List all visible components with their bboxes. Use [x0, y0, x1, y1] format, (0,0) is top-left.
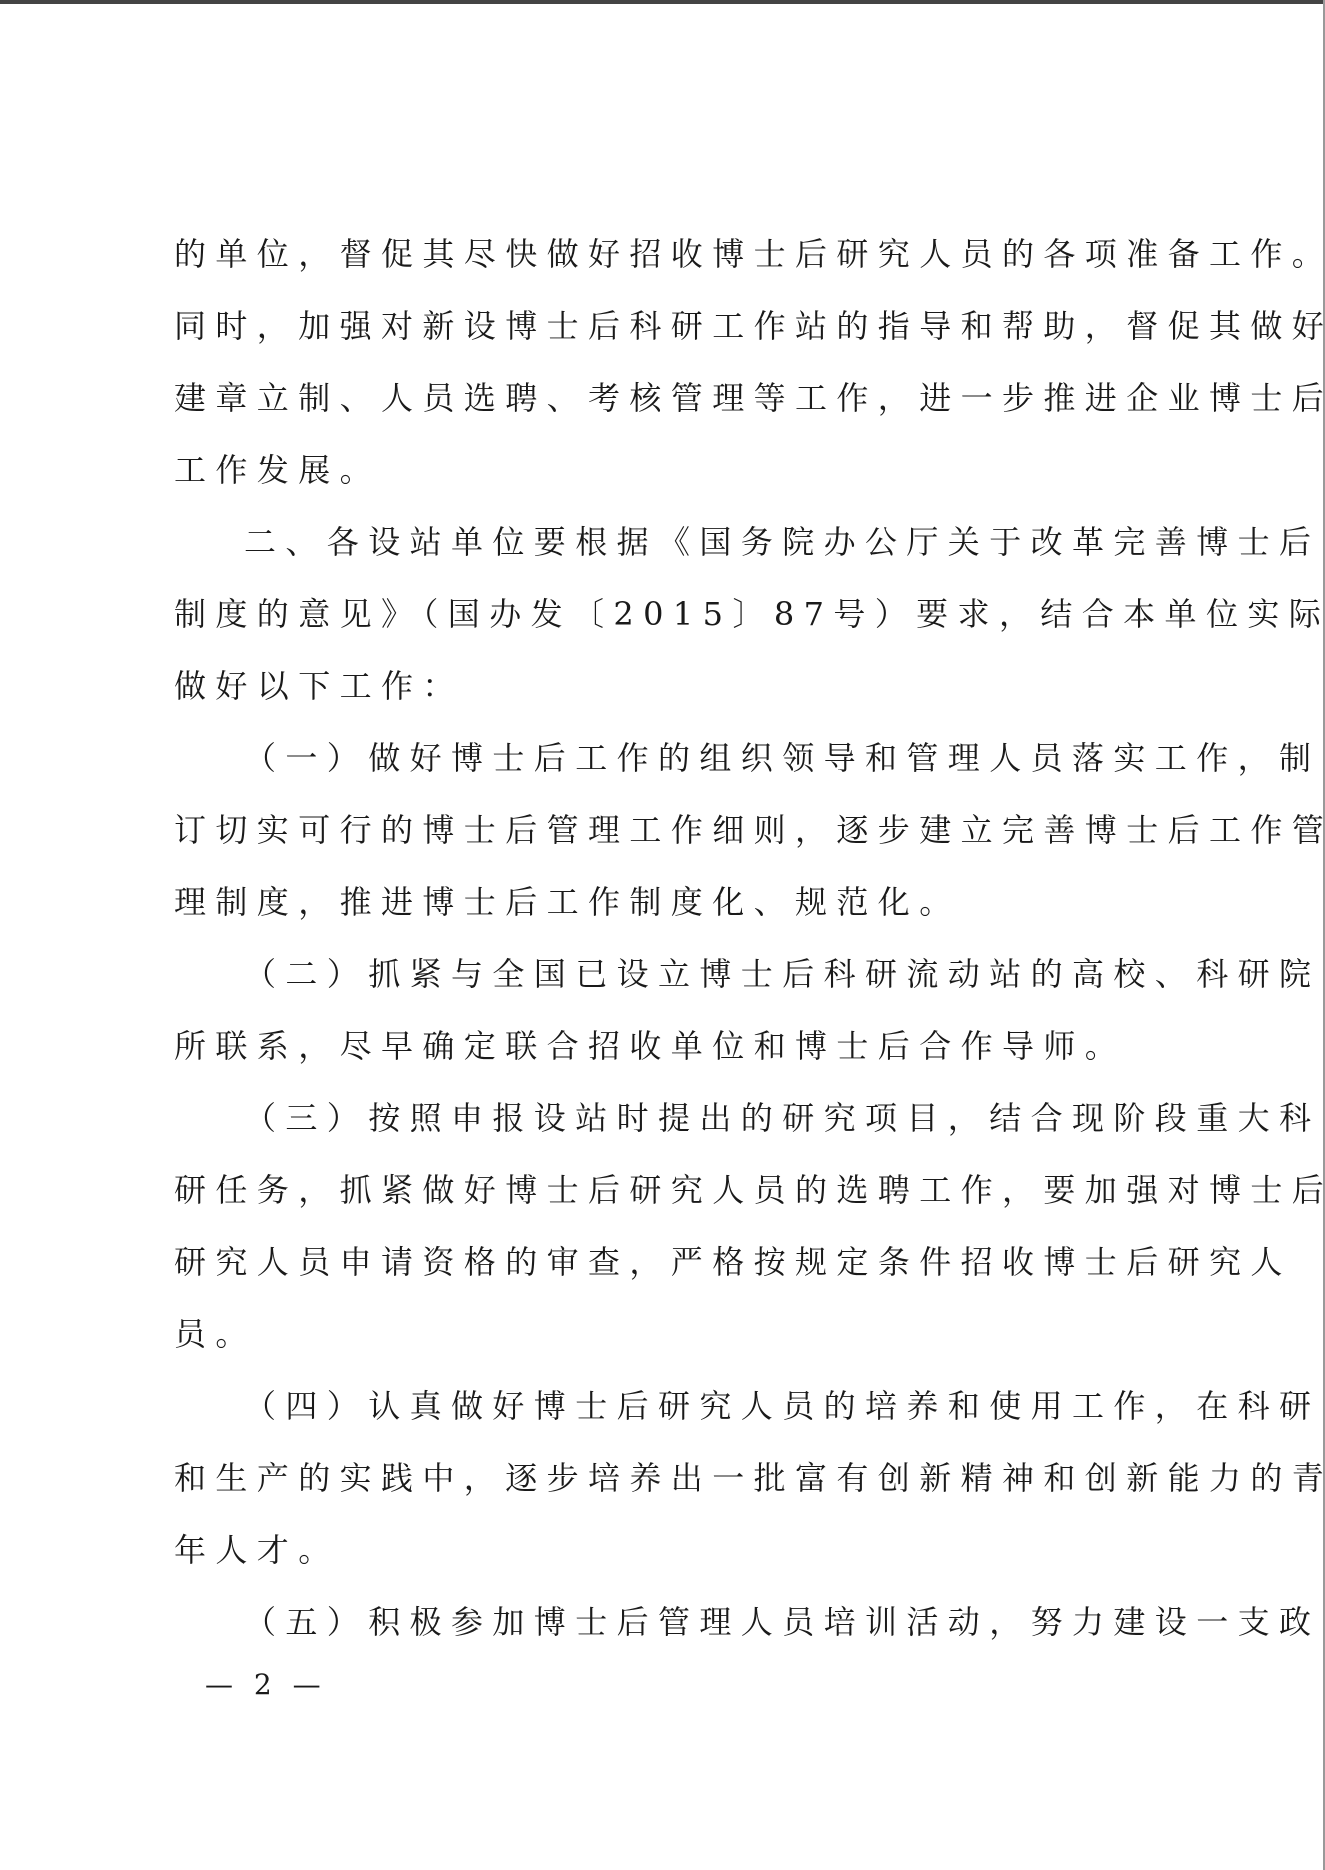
text-line: 工作发展。 [174, 434, 1149, 506]
page-number: — 2 — [205, 1668, 327, 1701]
text-line: 建章立制、人员选聘、考核管理等工作，进一步推进企业博士后 [174, 362, 1149, 434]
list-item-line: （四）认真做好博士后研究人员的培养和使用工作，在科研 [174, 1370, 1149, 1442]
text-line: 的单位，督促其尽快做好招收博士后研究人员的各项准备工作。 [174, 218, 1149, 290]
text-line: 年人才。 [174, 1514, 1149, 1586]
text-line: 做好以下工作： [174, 650, 1149, 722]
text-line: 研究人员申请资格的审查，严格按规定条件招收博士后研究人 [174, 1226, 1149, 1298]
text-line: 订切实可行的博士后管理工作细则，逐步建立完善博士后工作管 [174, 794, 1149, 866]
text-line: 和生产的实践中，逐步培养出一批富有创新精神和创新能力的青 [174, 1442, 1149, 1514]
text-line: 制度的意见》（国办发〔2015〕87号）要求，结合本单位实际， [174, 578, 1149, 650]
section-heading-line: 二、各设站单位要根据《国务院办公厅关于改革完善博士后 [174, 506, 1149, 578]
text-line: 同时，加强对新设博士后科研工作站的指导和帮助，督促其做好 [174, 290, 1149, 362]
text-line: 研任务，抓紧做好博士后研究人员的选聘工作，要加强对博士后 [174, 1154, 1149, 1226]
text-line: 理制度，推进博士后工作制度化、规范化。 [174, 866, 1149, 938]
list-item-line: （一）做好博士后工作的组织领导和管理人员落实工作，制 [174, 722, 1149, 794]
list-item-line: （五）积极参加博士后管理人员培训活动，努力建设一支政 [174, 1586, 1149, 1658]
scan-edge-top [0, 0, 1325, 4]
text-line: 所联系，尽早确定联合招收单位和博士后合作导师。 [174, 1010, 1149, 1082]
list-item-line: （三）按照申报设站时提出的研究项目，结合现阶段重大科 [174, 1082, 1149, 1154]
text-line: 员。 [174, 1298, 1149, 1370]
list-item-line: （二）抓紧与全国已设立博士后科研流动站的高校、科研院 [174, 938, 1149, 1010]
document-body: 的单位，督促其尽快做好招收博士后研究人员的各项准备工作。 同时，加强对新设博士后… [174, 218, 1149, 1658]
